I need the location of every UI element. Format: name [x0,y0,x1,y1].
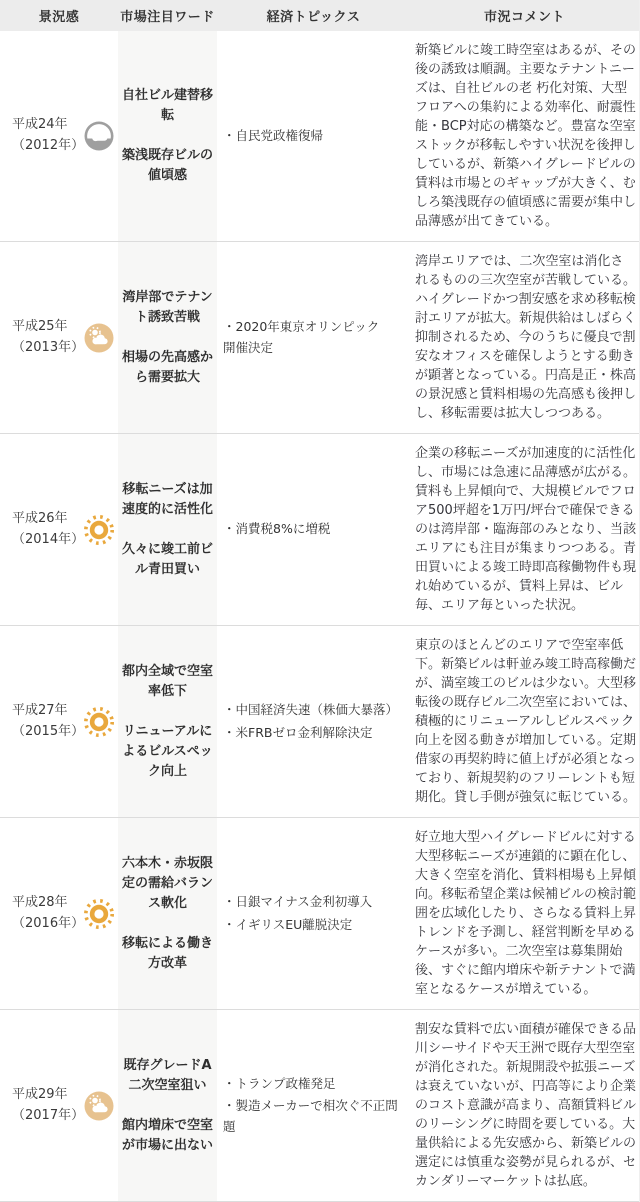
year-label: 平成24年 （2012年） [12,115,83,157]
table-row: 平成27年 （2015年） 都内全域で空室率低下 リニューアルによるビルスペック… [0,625,639,817]
keyword: 館内増床で空室が市場に出ない [122,1116,213,1156]
market-comment: 企業の移転ニーズが加速度的に活性化し、市場には急速に品薄感が広がる。賃料も上昇傾… [410,434,639,625]
era-label: 平成28年 [12,893,83,914]
topics-cell: ・日銀マイナス金利初導入 ・イギリスEU離脱決定 [217,818,410,1009]
year-label: 平成26年 （2014年） [12,509,83,551]
keyword: リニューアルによるビルスペック向上 [122,722,213,782]
year-cell: 平成29年 （2017年） [0,1010,118,1201]
table-row: 平成29年 （2017年） 既存グレードA二次空室狙い [0,1009,639,1202]
keyword: 移転による働き方改革 [122,934,213,974]
market-comment: 新築ビルに竣工時空室はあるが、その後の誘致は順調。主要なテナントニーズは、自社ビ… [410,31,639,241]
year-western-label: （2017年） [12,1106,83,1127]
topics-cell: ・中国経済失速（株価大暴落） ・米FRBゼロ金利解除決定 [217,626,410,817]
year-cell: 平成26年 （2014年） [0,434,118,625]
market-comment: 割安な賃料で広い面積が確保できる品川シーサイドや天王洲で既存大型空室が消化された… [410,1010,639,1201]
keyword: 都内全域で空室率低下 [122,662,213,702]
header-comment: 市況コメント [410,6,639,25]
year-label: 平成27年 （2015年） [12,701,83,743]
table-row: 平成25年 （2013年） 湾岸部でテナント誘致苦戦 [0,241,639,433]
keyword: 既存グレードA二次空室狙い [122,1056,213,1096]
market-comment: 好立地大型ハイグレードビルに対する大型移転ニーズが連鎖的に顕在化し、大きく空室を… [410,818,639,1009]
topics-cell: ・2020年東京オリンピック 開催決定 [217,242,410,433]
era-label: 平成27年 [12,701,83,722]
sun-behind-cloud-icon [83,322,115,354]
keyword: 相場の先高感から需要拡大 [122,348,213,388]
sun-icon [83,706,115,738]
keyword: 湾岸部でテナント誘致苦戦 [122,288,213,328]
topic-item: ・消費税8%に増税 [223,519,410,540]
topic-item: ・中国経済失速（株価大暴落） [223,700,410,721]
year-label: 平成28年 （2016年） [12,893,83,935]
keyword: 六本木・赤坂限定の需給バランス軟化 [122,854,213,914]
year-cell: 平成28年 （2016年） [0,818,118,1009]
year-cell: 平成27年 （2015年） [0,626,118,817]
market-comment: 湾岸エリアでは、二次空室は消化されるものの三次空室が苦戦している。ハイグレードか… [410,242,639,433]
keyword: 移転ニーズは加速度的に活性化 [122,480,213,520]
topic-item: ・トランプ政権発足 [223,1074,410,1095]
table-row: 平成24年 （2012年） 自社ビル建 [0,31,639,241]
table-header: 景況感 市場注目ワード 経済トピックス 市況コメント [0,0,639,31]
sun-icon [83,514,115,546]
era-label: 平成29年 [12,1085,83,1106]
table-row: 平成26年 （2014年） 移転ニーズは加速度的に活性化 久々に竣工前ビル青田買… [0,433,639,625]
keyword: 久々に竣工前ビル青田買い [122,540,213,580]
topic-item: ・イギリスEU離脱決定 [223,915,410,936]
table-row: 平成28年 （2016年） 六本木・赤坂限定の需給バランス軟化 移転による働き方… [0,817,639,1009]
year-western-label: （2016年） [12,914,83,935]
year-western-label: （2014年） [12,530,83,551]
year-western-label: （2013年） [12,338,83,359]
keyword: 築浅既存ビルの値頃感 [122,146,213,186]
keyword: 自社ビル建替移転 [122,86,213,126]
keywords-cell: 移転ニーズは加速度的に活性化 久々に竣工前ビル青田買い [118,434,217,625]
era-label: 平成25年 [12,317,83,338]
header-sentiment: 景況感 [0,6,118,25]
topic-item: ・2020年東京オリンピック 開催決定 [223,317,410,358]
era-label: 平成26年 [12,509,83,530]
sun-icon [83,898,115,930]
topic-item: ・米FRBゼロ金利解除決定 [223,723,410,744]
topic-item: ・自民党政権復帰 [223,126,410,147]
year-western-label: （2012年） [12,136,83,157]
market-history-table: 景況感 市場注目ワード 経済トピックス 市況コメント 平成24年 （2012年） [0,0,640,1202]
cloudy-icon [83,120,115,152]
keywords-cell: 六本木・赤坂限定の需給バランス軟化 移転による働き方改革 [118,818,217,1009]
era-label: 平成24年 [12,115,83,136]
keywords-cell: 既存グレードA二次空室狙い 館内増床で空室が市場に出ない [118,1010,217,1201]
header-keywords: 市場注目ワード [118,6,217,25]
header-topics: 経済トピックス [217,6,410,25]
topics-cell: ・自民党政権復帰 [217,31,410,241]
year-western-label: （2015年） [12,722,83,743]
keywords-cell: 自社ビル建替移転 築浅既存ビルの値頃感 [118,31,217,241]
market-comment: 東京のほとんどのエリアで空室率低下。新築ビルは軒並み竣工時高稼働だが、満室竣工の… [410,626,639,817]
topics-cell: ・消費税8%に増税 [217,434,410,625]
year-label: 平成25年 （2013年） [12,317,83,359]
keywords-cell: 湾岸部でテナント誘致苦戦 相場の先高感から需要拡大 [118,242,217,433]
sun-behind-cloud-icon [83,1090,115,1122]
year-cell: 平成24年 （2012年） [0,31,118,241]
year-cell: 平成25年 （2013年） [0,242,118,433]
year-label: 平成29年 （2017年） [12,1085,83,1127]
topics-cell: ・トランプ政権発足 ・製造メーカーで相次ぐ不正問題 [217,1010,410,1201]
topic-item: ・製造メーカーで相次ぐ不正問題 [223,1096,410,1137]
topic-item: ・日銀マイナス金利初導入 [223,892,410,913]
keywords-cell: 都内全域で空室率低下 リニューアルによるビルスペック向上 [118,626,217,817]
